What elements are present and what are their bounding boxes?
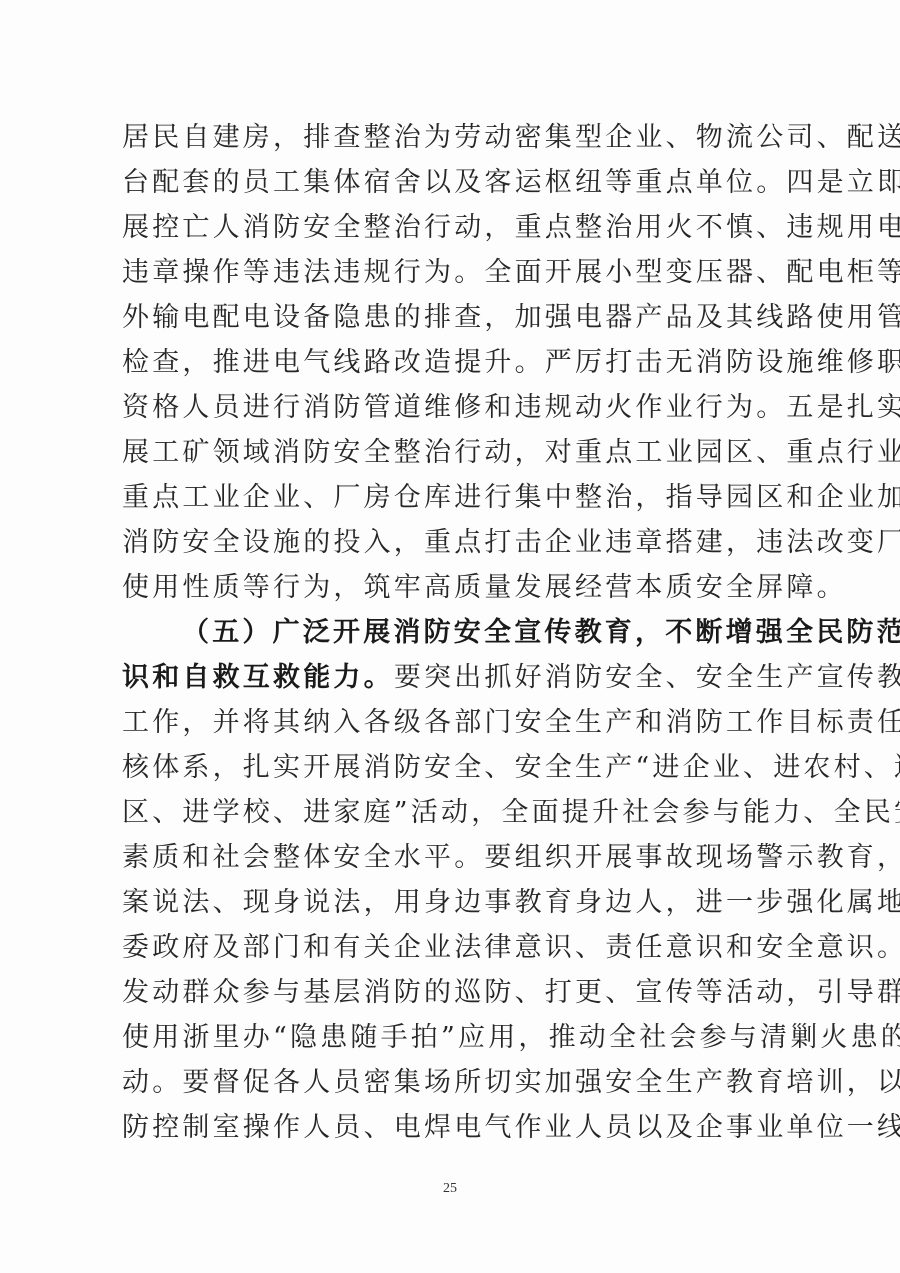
text-line-22: 动。要督促各人员密集场所切实加强安全生产教育培训，以消 <box>122 1060 790 1105</box>
text-line-17: 素质和社会整体安全水平。要组织开展事故现场警示教育，以 <box>122 835 790 880</box>
text-line-3: 展控亡人消防安全整治行动，重点整治用火不慎、违规用电、 <box>122 205 790 250</box>
text-line-1: 居民自建房，排查整治为劳动密集型企业、物流公司、配送平 <box>122 115 790 160</box>
text-line-7: 资格人员进行消防管道维修和违规动火作业行为。五是扎实开 <box>122 385 790 430</box>
text-line-18: 案说法、现身说法，用身边事教育身边人，进一步强化属地党 <box>122 880 790 925</box>
section-heading-text: （五）广泛开展消防安全宣传教育，不断增强全民防范意 <box>182 617 900 648</box>
text-line-21: 使用浙里办“隐患随手拍”应用，推动全社会参与清剿火患的行 <box>122 1015 790 1060</box>
page-number: 25 <box>0 1181 900 1197</box>
section-heading-text-end: 识和自救互救能力。 <box>122 662 394 693</box>
text-line-14: 工作，并将其纳入各级各部门安全生产和消防工作目标责任考 <box>122 700 790 745</box>
text-line-16: 区、进学校、进家庭”活动，全面提升社会参与能力、全民安全 <box>122 790 790 835</box>
text-line-11: 使用性质等行为，筑牢高质量发展经营本质安全屏障。 <box>122 565 790 610</box>
paragraph-text: 要突出抓好消防安全、安全生产宣传教育 <box>394 662 900 693</box>
text-line-5: 外输电配电设备隐患的排查，加强电器产品及其线路使用管理 <box>122 295 790 340</box>
text-line-6: 检查，推进电气线路改造提升。严厉打击无消防设施维修职业 <box>122 340 790 385</box>
text-line-10: 消防安全设施的投入，重点打击企业违章搭建，违法改变厂房 <box>122 520 790 565</box>
section-heading-line-1: （五）广泛开展消防安全宣传教育，不断增强全民防范意 <box>122 610 790 655</box>
text-line-20: 发动群众参与基层消防的巡防、打更、宣传等活动，引导群众 <box>122 970 790 1015</box>
text-line-8: 展工矿领域消防安全整治行动，对重点工业园区、重点行业、 <box>122 430 790 475</box>
document-page: 居民自建房，排查整治为劳动密集型企业、物流公司、配送平 台配套的员工集体宿舍以及… <box>0 0 900 1273</box>
text-line-19: 委政府及部门和有关企业法律意识、责任意识和安全意识。要 <box>122 925 790 970</box>
text-line-9: 重点工业企业、厂房仓库进行集中整治，指导园区和企业加大 <box>122 475 790 520</box>
text-line-2: 台配套的员工集体宿舍以及客运枢纽等重点单位。四是立即开 <box>122 160 790 205</box>
body-text: 居民自建房，排查整治为劳动密集型企业、物流公司、配送平 台配套的员工集体宿舍以及… <box>122 115 790 1150</box>
text-line-23: 防控制室操作人员、电焊电气作业人员以及企事业单位一线员 <box>122 1105 790 1150</box>
text-line-4: 违章操作等违法违规行为。全面开展小型变压器、配电柜等室 <box>122 250 790 295</box>
section-heading-line-2: 识和自救互救能力。要突出抓好消防安全、安全生产宣传教育 <box>122 655 790 700</box>
text-line-15: 核体系，扎实开展消防安全、安全生产“进企业、进农村、进社 <box>122 745 790 790</box>
